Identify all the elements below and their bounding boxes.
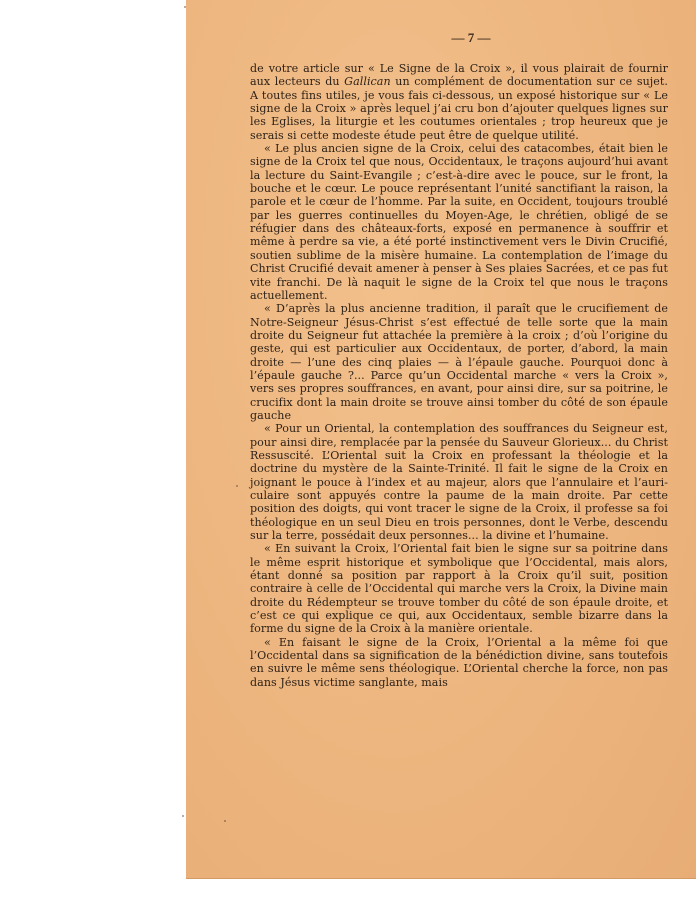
paragraph-following-cross: « En suivant la Croix, l’Oriental fait b… <box>250 542 668 635</box>
document-page: — 7 — de votre article sur « Le Signe de… <box>186 0 696 878</box>
paragraph-intro: de votre article sur « Le Signe de la Cr… <box>250 62 668 142</box>
paper-speck <box>236 485 238 487</box>
paper-speck <box>224 820 226 822</box>
paragraph-tradition: « D’après la plus ancienne tradition, il… <box>250 302 668 422</box>
paragraph-catacombs: « Le plus ancien signe de la Croix, celu… <box>250 142 668 302</box>
body-text: de votre article sur « Le Signe de la Cr… <box>250 62 668 689</box>
paper-speck <box>184 6 186 8</box>
publication-title: Gallican <box>344 75 391 88</box>
paragraph-blessing: « En faisant le signe de la Croix, l’Ori… <box>250 636 668 689</box>
paper-speck <box>182 815 184 817</box>
paragraph-oriental: « Pour un Oriental, la contemplation des… <box>250 422 668 542</box>
page-number: — 7 — <box>186 30 696 46</box>
